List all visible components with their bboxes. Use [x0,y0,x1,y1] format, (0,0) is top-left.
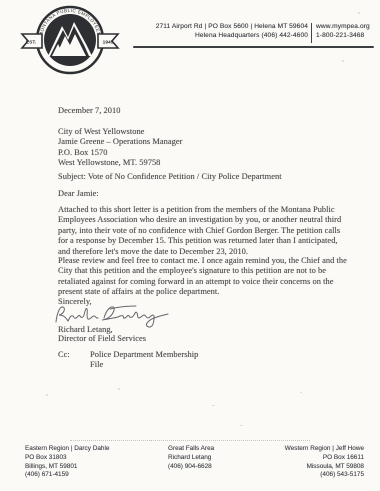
cc-block: Cc: Police Department Membership File [58,350,318,370]
recipient-block: City of West Yellowstone Jamie Greene – … [58,127,182,169]
signer-title: Director of Field Services [58,334,146,344]
letter-date: December 7, 2010 [58,106,120,116]
footer-line: Great Falls Area [168,445,214,454]
letterhead-phone: 1-800-221-3468 [316,31,374,40]
cc-line: File [90,360,198,370]
subject-line: Subject: Vote of No Confidence Petition … [58,172,358,182]
logo-year-label: 1945 [103,40,114,46]
mountain-seal-icon: MONTANA PUBLIC EMPLOYEES ASSOCIATION EST… [12,4,124,76]
recipient-line: Jamie Greene – Operations Manager [58,137,182,147]
paragraph-1: Attached to this short letter is a petit… [58,205,350,257]
footer-line: (406) 671-4159 [25,471,109,480]
salutation: Dear Jamie: [58,189,99,199]
footer-line: PO Box 16611 [285,454,364,463]
letterhead-divider [311,23,312,43]
cc-label: Cc: [58,350,90,370]
recipient-line: West Yellowstone, MT. 59758 [58,158,182,168]
footer-line: (406) 543-5175 [285,471,364,480]
footer-line: Eastern Region | Darcy Dahle [25,445,109,454]
footer-line: Richard Letang [168,454,214,463]
footer-eastern-region: Eastern Region | Darcy Dahle PO Box 3180… [25,445,109,480]
footer-rule [70,440,310,442]
letterhead-contact: www.mympea.org 1-800-221-3468 [316,22,374,40]
footer-great-falls-area: Great Falls Area Richard Letang (406) 90… [168,445,214,471]
footer-line: Western Region | Jeff Howe [285,445,364,454]
letterhead-address-line1: 2711 Airport Rd | PO Box 5600 | Helena M… [130,22,308,31]
mpea-logo: MONTANA PUBLIC EMPLOYEES ASSOCIATION EST… [12,4,124,76]
footer-line: PO Box 31803 [25,454,109,463]
recipient-line: P.O. Box 1570 [58,148,182,158]
logo-est-label: EST. [26,40,36,46]
recipient-line: City of West Yellowstone [58,127,182,137]
footer-western-region: Western Region | Jeff Howe PO Box 16611 … [285,445,364,480]
letterhead-address: 2711 Airport Rd | PO Box 5600 | Helena M… [130,22,308,40]
footer-line: (406) 904-6628 [168,463,214,472]
paragraph-2: Please review and feel free to contact m… [58,256,350,298]
letterhead-website: www.mympea.org [316,22,374,31]
scanned-letter-page: MONTANA PUBLIC EMPLOYEES ASSOCIATION EST… [0,0,380,491]
letterhead-rule [133,46,374,48]
cc-lines: Police Department Membership File [90,350,198,370]
cc-line: Police Department Membership [90,350,198,360]
letterhead-address-line2: Helena Headquarters (406) 442-4600 [130,31,308,40]
